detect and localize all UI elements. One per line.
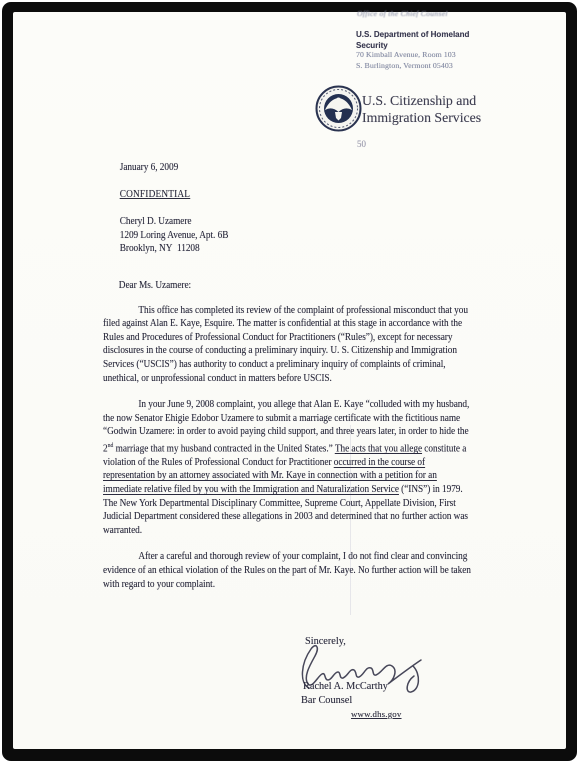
agency-name-line1: U.S. Citizenship and: [362, 92, 481, 109]
dhs-seal-icon: [315, 85, 362, 132]
signer-title: Bar Counsel: [301, 695, 352, 706]
department-city-address: S. Burlington, Vermont 05403: [356, 61, 516, 72]
paragraph-2: In your June 9, 2008 complaint, you alle…: [103, 398, 477, 537]
recipient-name: Cheryl D. Uzamere: [120, 215, 477, 229]
recipient-city: Brooklyn, NY 11208: [120, 242, 477, 256]
department-name-line1: U.S. Department of Homeland: [356, 29, 510, 40]
stamp-mark: 50: [357, 139, 366, 149]
closing-block: Sincerely, Rachel A. McCarthy Bar Counse…: [301, 636, 481, 716]
scan-artifact-line: [350, 425, 351, 615]
recipient-address-block: Cheryl D. Uzamere 1209 Loring Avenue, Ap…: [120, 215, 477, 256]
office-of-chief-counsel-line: Office of the Chief Counsel: [357, 9, 497, 18]
letter-body: January 6, 2009 CONFIDENTIAL Cheryl D. U…: [103, 161, 477, 591]
confidential-label: CONFIDENTIAL: [120, 188, 477, 202]
paragraph-2-text: marriage that my husband contracted in t…: [113, 443, 334, 454]
department-street-address: 70 Kimball Avenue, Room 103: [356, 50, 516, 61]
paragraph-1: This office has completed its review of …: [103, 304, 477, 386]
agency-name: U.S. Citizenship and Immigration Service…: [362, 92, 481, 126]
paragraph-3: After a careful and thorough review of y…: [103, 550, 477, 591]
salutation: Dear Ms. Uzamere:: [119, 279, 477, 293]
letter-content: Office of the Chief Counsel U.S. Departm…: [0, 0, 579, 764]
letter-date: January 6, 2009: [120, 161, 477, 175]
signer-name: Rachel A. McCarthy: [303, 681, 388, 692]
hand-underlined-text-1: The acts that you allege: [335, 443, 422, 454]
department-name-line2: Security: [356, 40, 510, 51]
department-address-block: U.S. Department of Homeland Security 70 …: [356, 29, 516, 71]
dhs-website-text: www.dhs.gov: [351, 709, 402, 719]
agency-name-line2: Immigration Services: [362, 109, 481, 126]
recipient-street: 1209 Loring Avenue, Apt. 6B: [120, 229, 477, 243]
